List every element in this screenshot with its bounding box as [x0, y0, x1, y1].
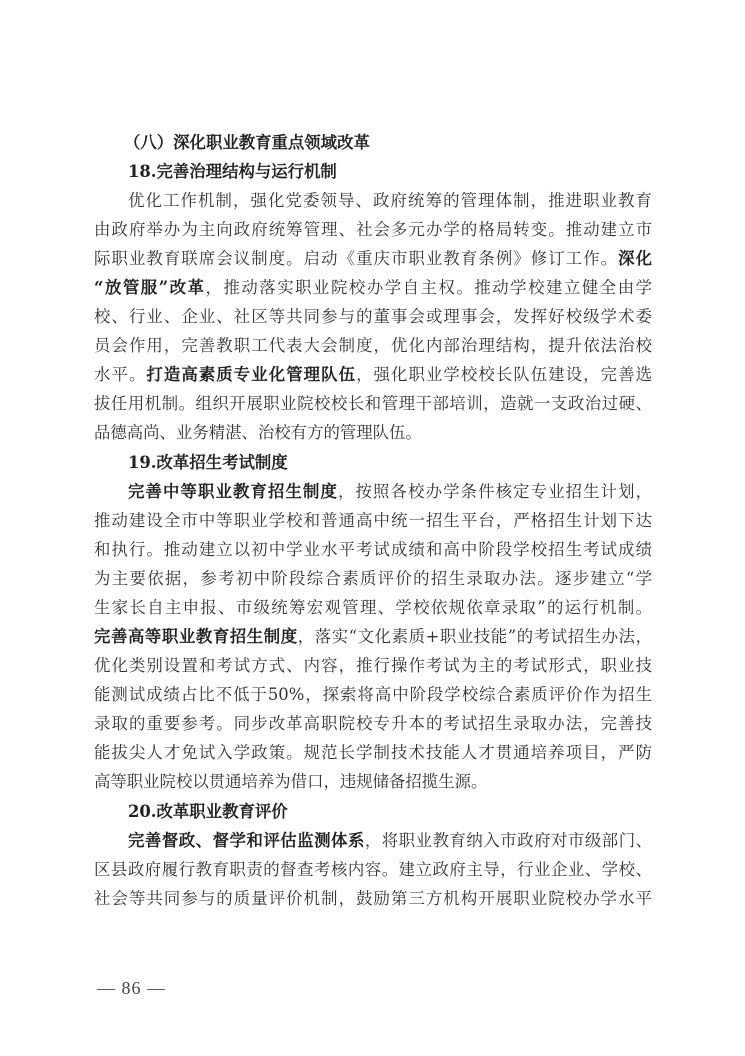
- paragraph-line: 完善高等职业教育招生制度，落实“文化素质+职业技能”的考试招生办法，: [94, 626, 652, 648]
- line-text: 由政府举办为主向政府统筹管理、社会多元办学的格局转变。推动建立市: [94, 220, 652, 239]
- line-text: 高等职业院校以贯通培养为借口，违规储备招揽生源。: [94, 772, 487, 791]
- paragraph-line: 推动建设全市中等职业学校和普通高中统一招生平台，严格招生计划下达: [94, 510, 652, 532]
- section-heading: （八）深化职业教育重点领域改革: [124, 132, 648, 154]
- item-number: 20.: [128, 802, 157, 821]
- line-text: 员会作用，完善教职工代表大会制度，优化内部治理结构，提升依法治校: [94, 336, 652, 355]
- paragraph-line: 拔任用机制。组织开展职业院校校长和管理干部培训，造就一支政治过硬、: [94, 393, 652, 415]
- line-text: ，将职业教育纳入市政府对市级部门、: [365, 831, 652, 850]
- paragraph-line: 员会作用，完善教职工代表大会制度，优化内部治理结构，提升依法治校: [94, 335, 652, 357]
- line-text: 能测试成绩占比不低于50%，探索将高中阶段学校综合素质评价作为招生: [94, 685, 652, 704]
- item-heading-20: 20.改革职业教育评价: [128, 801, 652, 823]
- paragraph-line: 生家长自主申报、市级统筹宏观管理、学校依规依章录取”的运行机制。: [94, 597, 652, 619]
- bold-phrase: “放管服”改革: [94, 278, 206, 297]
- line-text: ，按照各校办学条件核定专业招生计划，: [338, 482, 652, 501]
- line-text: 水平。: [94, 365, 146, 384]
- paragraph-line: 际职业教育联席会议制度。启动《重庆市职业教育条例》修订工作。深化: [94, 248, 652, 270]
- line-text: 校、行业、企业、社区等共同参与的董事会或理事会，发挥好校级学术委: [94, 307, 652, 326]
- line-text: ，落实“文化素质+职业技能”的考试招生办法，: [298, 627, 652, 646]
- paragraph-line: 优化类别设置和考试方式、内容，推行操作考试为主的考试形式，职业技: [94, 655, 652, 677]
- paragraph-line: 区县政府履行教育职责的督查考核内容。建立政府主导，行业企业、学校、: [94, 859, 652, 881]
- bold-phrase: 完善督政、督学和评估监测体系: [128, 831, 365, 850]
- document-page: （八）深化职业教育重点领域改革 18.完善治理结构与运行机制 优化工作机制，强化…: [0, 0, 745, 1056]
- paragraph-line: 优化工作机制，强化党委领导、政府统筹的管理体制，推进职业教育: [128, 190, 652, 212]
- bold-phrase: 打造高素质专业化管理队伍: [146, 365, 356, 384]
- line-text: 优化类别设置和考试方式、内容，推行操作考试为主的考试形式，职业技: [94, 656, 652, 675]
- paragraph-line: 水平。打造高素质专业化管理队伍，强化职业学校校长队伍建设，完善选: [94, 364, 652, 386]
- page-number: — 86 —: [97, 978, 166, 999]
- line-text: 优化工作机制，强化党委领导、政府统筹的管理体制，推进职业教育: [128, 191, 652, 210]
- paragraph-line: 和执行。推动建立以初中学业水平考试成绩和高中阶段学校招生考试成绩: [94, 539, 652, 561]
- paragraph-line: 为主要依据，参考初中阶段综合素质评价的招生录取办法。逐步建立“学: [94, 568, 652, 590]
- item-title: 完善治理结构与运行机制: [157, 162, 337, 181]
- item-heading-18: 18.完善治理结构与运行机制: [128, 161, 652, 183]
- line-text: 能拔尖人才免试入学政策。规范长学制技术技能人才贯通培养项目，严防: [94, 743, 652, 762]
- line-text: 区县政府履行教育职责的督查考核内容。建立政府主导，行业企业、学校、: [94, 860, 652, 879]
- item-title: 改革职业教育评价: [157, 802, 288, 821]
- paragraph-line: 校、行业、企业、社区等共同参与的董事会或理事会，发挥好校级学术委: [94, 306, 652, 328]
- line-text: 社会等共同参与的质量评价机制，鼓励第三方机构开展职业院校办学水平: [94, 889, 652, 908]
- line-text: ，强化职业学校校长队伍建设，完善选: [356, 365, 652, 384]
- line-text: ，推动落实职业院校办学自主权。推动学校建立健全由学: [206, 278, 652, 297]
- line-text: 为主要依据，参考初中阶段综合素质评价的招生录取办法。逐步建立“学: [94, 569, 652, 588]
- line-text: 际职业教育联席会议制度。启动《重庆市职业教育条例》修订工作。: [94, 249, 618, 268]
- bold-phrase: 深化: [618, 249, 652, 268]
- paragraph-line: 完善中等职业教育招生制度，按照各校办学条件核定专业招生计划，: [128, 481, 652, 503]
- item-number: 18.: [128, 162, 157, 181]
- line-text: 推动建设全市中等职业学校和普通高中统一招生平台，严格招生计划下达: [94, 511, 652, 530]
- paragraph-line: 完善督政、督学和评估监测体系，将职业教育纳入市政府对市级部门、: [128, 830, 652, 852]
- item-heading-19: 19.改革招生考试制度: [128, 452, 652, 474]
- paragraph-line: 能测试成绩占比不低于50%，探索将高中阶段学校综合素质评价作为招生: [94, 684, 652, 706]
- bold-phrase: 完善中等职业教育招生制度: [128, 482, 338, 501]
- paragraph-line: 社会等共同参与的质量评价机制，鼓励第三方机构开展职业院校办学水平: [94, 888, 652, 910]
- paragraph-line: 由政府举办为主向政府统筹管理、社会多元办学的格局转变。推动建立市: [94, 219, 652, 241]
- line-text: 录取的重要参考。同步改革高职院校专升本的考试招生录取办法，完善技: [94, 714, 652, 733]
- paragraph-line: 高等职业院校以贯通培养为借口，违规储备招揽生源。: [94, 771, 652, 793]
- bold-phrase: 完善高等职业教育招生制度: [94, 627, 298, 646]
- line-text: 拔任用机制。组织开展职业院校校长和管理干部培训，造就一支政治过硬、: [94, 394, 652, 413]
- paragraph-line: 录取的重要参考。同步改革高职院校专升本的考试招生录取办法，完善技: [94, 713, 652, 735]
- line-text: 和执行。推动建立以初中学业水平考试成绩和高中阶段学校招生考试成绩: [94, 540, 652, 559]
- line-text: 品德高尚、业务精湛、治校有方的管理队伍。: [94, 423, 422, 442]
- item-title: 改革招生考试制度: [157, 453, 288, 472]
- item-number: 19.: [128, 453, 157, 472]
- paragraph-line: 品德高尚、业务精湛、治校有方的管理队伍。: [94, 422, 652, 444]
- paragraph-line: 能拔尖人才免试入学政策。规范长学制技术技能人才贯通培养项目，严防: [94, 742, 652, 764]
- paragraph-line: “放管服”改革，推动落实职业院校办学自主权。推动学校建立健全由学: [94, 277, 652, 299]
- line-text: 生家长自主申报、市级统筹宏观管理、学校依规依章录取”的运行机制。: [94, 598, 652, 617]
